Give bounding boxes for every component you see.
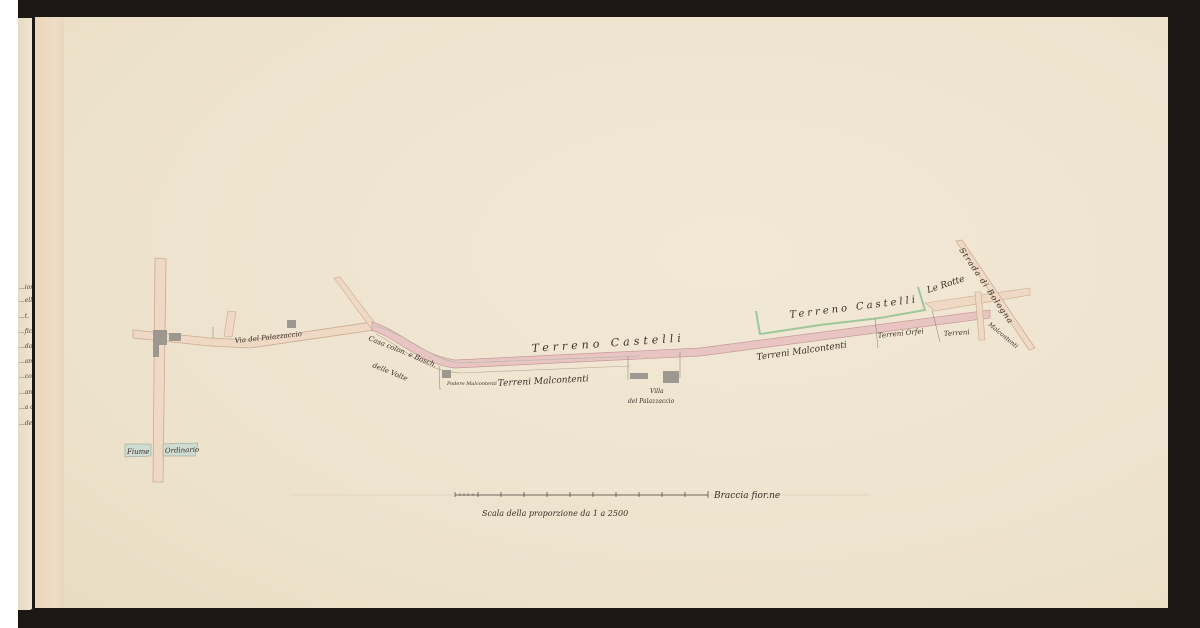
label-del-palazzaccio: del Palazzaccio [628,398,675,405]
map-drawing: Via del Palazzaccio Casa colon. e Bosch.… [0,0,1200,628]
label-terreno-castelli-2: Terreno Castelli [789,294,919,321]
building [630,373,648,379]
label-fiume: Fiume [126,448,149,456]
plot-line [932,310,940,342]
label-delle-volte: delle Volte [371,361,409,382]
scale-caption: Scala della proporzione da 1 a 2500 [482,509,628,518]
label-le-rotte: Le Rotte [925,274,966,296]
building [663,371,679,383]
scale-unit: Braccia fior.ne [713,491,780,501]
scale-bar [290,491,870,498]
label-villa: Villa [650,388,664,395]
label-ordinario: Ordinario [165,446,200,455]
building [153,330,167,345]
label-terreni-right: Terreni [944,328,970,338]
building [287,320,296,328]
building [169,333,181,341]
label-terreni-malcontenti-1: Terreni Malcontenti [498,374,590,389]
building [153,345,159,357]
label-podere-malcontenti: Podere Malcontenti [446,381,497,387]
building [442,370,451,378]
road-spur [224,311,236,337]
